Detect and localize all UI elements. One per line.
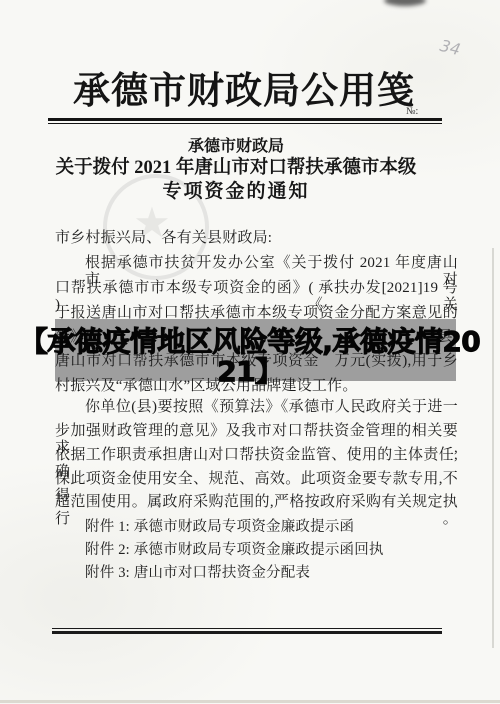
- paper-edge-bottom: [0, 700, 500, 703]
- attachment-item-1: 附件 1: 承德市财政局专项资金廉政提示函: [85, 519, 465, 536]
- footer-rule: [52, 628, 442, 634]
- letterhead-title: 承德市财政局公用笺: [0, 60, 494, 114]
- letterhead-divider-rule: [48, 118, 442, 124]
- overlay-caption-line1: 【承德疫情地区风险等级,承德疫情20: [0, 327, 500, 357]
- handwritten-page-number: 34: [438, 36, 462, 59]
- scanned-document-page: 34 承德市财政局公用笺 №: ★ 承德市财政局 关于拨付 2021 年唐山市对…: [0, 0, 500, 704]
- seo-overlay-caption: 【承德疫情地区风险等级,承德疫情20 21】: [0, 327, 500, 387]
- document-title-line3: 专项资金的通知: [0, 176, 486, 203]
- overlay-caption-line2: 21】: [0, 357, 500, 387]
- scan-smudge-artifact: [384, 0, 426, 6]
- document-number-label: №:: [406, 106, 418, 117]
- paragraph2-line1: 你单位(县)要按照《预算法》《承德市人民政府关于进一: [85, 399, 458, 416]
- salutation-line: 市乡村振兴局、各有关县财政局:: [55, 230, 458, 247]
- attachment-item-2: 附件 2: 承德市财政局专项资金廉政提示函回执: [85, 542, 465, 559]
- attachment-item-3: 附件 3: 唐山市对口帮扶资金分配表: [85, 565, 465, 582]
- paper-edge-right: [492, 248, 494, 648]
